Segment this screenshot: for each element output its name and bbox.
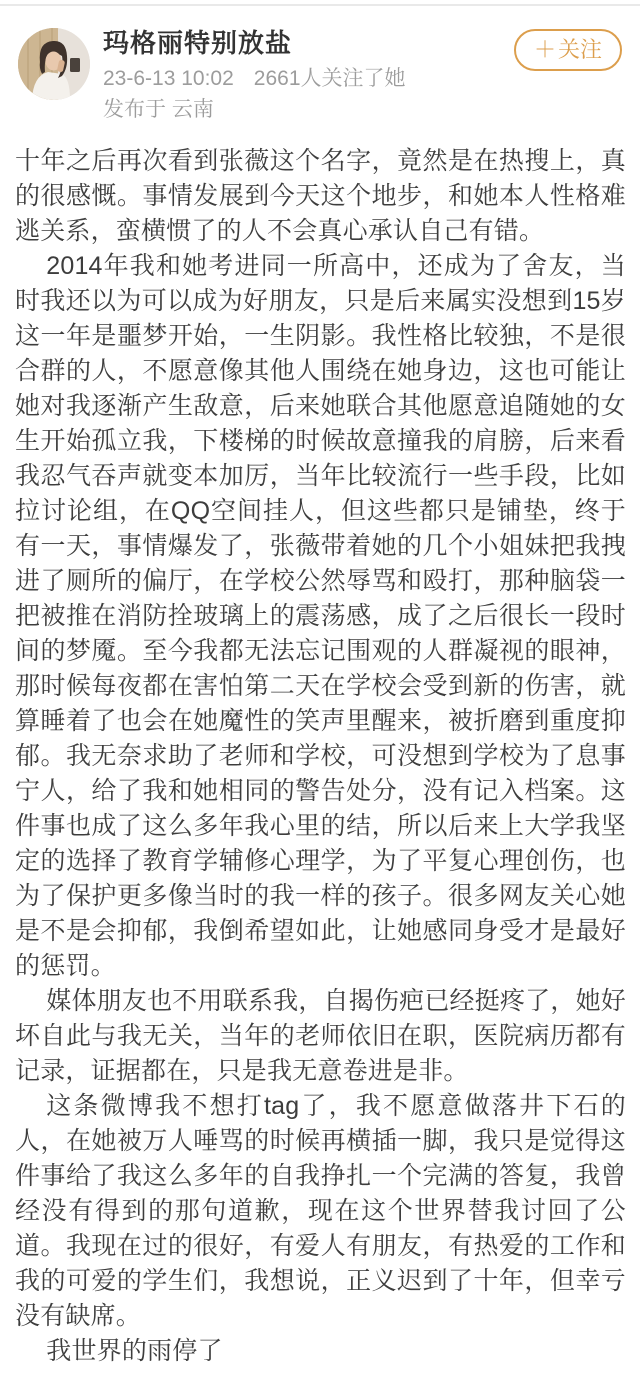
plus-icon: ＋ [534,39,556,61]
user-info: 玛格丽特别放盐 23-6-13 10:022661人关注了她 发布于 云南 [103,28,514,122]
post-paragraph: 我世界的雨停了 [15,1334,626,1369]
post-paragraph: 媒体朋友也不用联系我，自揭伤疤已经挺疼了，她好坏自此与我无关，当年的老师依旧在职… [15,984,626,1089]
post-paragraph: 十年之后再次看到张薇这个名字，竟然是在热搜上，真的很感慨。事情发展到今天这个地步… [15,144,626,249]
username[interactable]: 玛格丽特别放盐 [103,28,514,58]
timestamp: 23-6-13 10:02 [103,67,234,90]
post-meta: 23-6-13 10:022661人关注了她 [103,67,514,91]
followers-note: 2661人关注了她 [254,67,406,90]
post-header: 玛格丽特别放盐 23-6-13 10:022661人关注了她 发布于 云南 ＋关… [0,6,640,130]
weibo-post-card: 玛格丽特别放盐 23-6-13 10:022661人关注了她 发布于 云南 ＋关… [0,4,640,1393]
post-body: 十年之后再次看到张薇这个名字，竟然是在热搜上，真的很感慨。事情发展到今天这个地步… [0,130,640,1393]
follow-button-label: 关注 [558,39,602,61]
follow-button[interactable]: ＋关注 [514,29,622,71]
post-paragraph: 这条微博我不想打tag了，我不愿意做落井下石的人，在她被万人唾骂的时候再横插一脚… [15,1089,626,1334]
post-location: 发布于 云南 [103,98,514,122]
post-paragraph: 2014年我和她考进同一所高中，还成为了舍友，当时我还以为可以成为好朋友，只是后… [15,249,626,984]
avatar-photo-illustration [18,28,90,100]
avatar[interactable] [18,28,90,100]
